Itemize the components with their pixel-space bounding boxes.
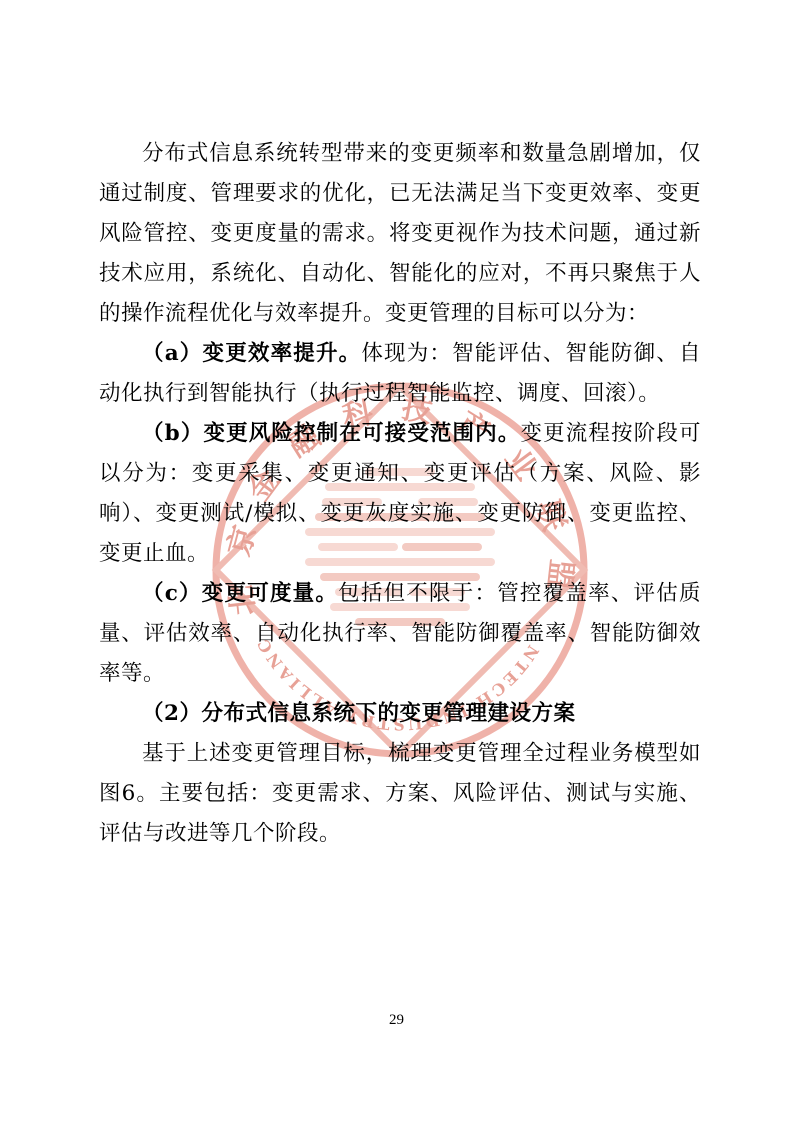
bold-run: （c）变更可度量。 xyxy=(142,581,338,606)
text-run: 分布式信息系统转型带来的变更频率和数量急剧增加，仅通过制度、管理要求的优化，已无… xyxy=(99,141,701,326)
bold-run: （b）变更风险控制在可接受范围内。 xyxy=(142,421,520,446)
document-body: 分布式信息系统转型带来的变更频率和数量急剧增加，仅通过制度、管理要求的优化，已无… xyxy=(99,134,701,854)
paragraph: （b）变更风险控制在可接受范围内。变更流程按阶段可以分为：变更采集、变更通知、变… xyxy=(99,414,701,574)
page-footer: 29 xyxy=(0,1012,793,1029)
paragraph: （a）变更效率提升。体现为：智能评估、智能防御、自动化执行到智能执行（执行过程智… xyxy=(99,334,701,414)
document-page: 北京金融科技产业联盟 FINTECH INDUSTRY ALLIANCE 分布式… xyxy=(0,0,793,1122)
paragraph: 基于上述变更管理目标，梳理变更管理全过程业务模型如图6。主要包括：变更需求、方案… xyxy=(99,734,701,854)
paragraph: （c）变更可度量。包括但不限于：管控覆盖率、评估质量、评估效率、自动化执行率、智… xyxy=(99,574,701,694)
page-number: 29 xyxy=(389,1012,404,1028)
paragraph: （2）分布式信息系统下的变更管理建设方案 xyxy=(99,694,701,734)
paragraph: 分布式信息系统转型带来的变更频率和数量急剧增加，仅通过制度、管理要求的优化，已无… xyxy=(99,134,701,334)
bold-run: （2）分布式信息系统下的变更管理建设方案 xyxy=(142,701,575,726)
bold-run: （a）变更效率提升。 xyxy=(142,341,361,366)
text-run: 基于上述变更管理目标，梳理变更管理全过程业务模型如图6。主要包括：变更需求、方案… xyxy=(99,741,701,846)
